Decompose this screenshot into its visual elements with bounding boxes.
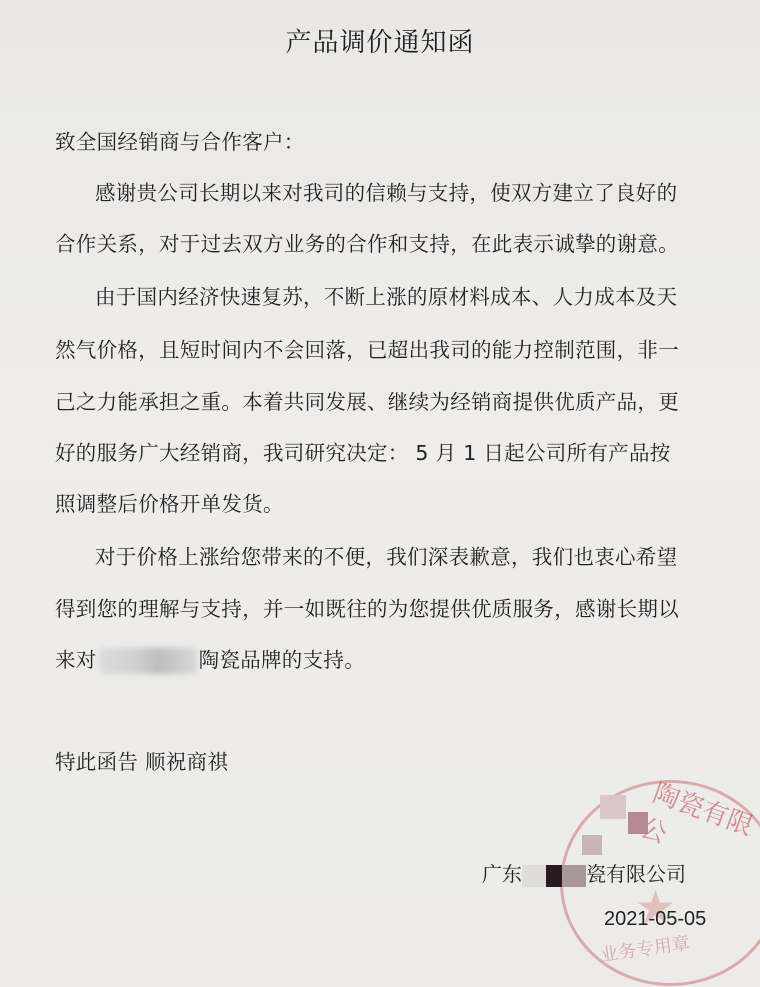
company-suffix: 瓷有限公司 xyxy=(586,862,686,886)
paragraph-line: 好的服务广大经销商，我司研究决定： 5 月 1 日起公司所有产品按 xyxy=(55,436,671,466)
redacted-pixel xyxy=(600,795,626,819)
redacted-pixel xyxy=(546,865,562,887)
redacted-pixel xyxy=(628,812,648,834)
document-date: 2021-05-05 xyxy=(604,908,706,931)
paragraph-line: 合作关系，对于过去双方业务的合作和支持，在此表示诚挚的谢意。 xyxy=(55,227,679,257)
paragraph-line: 得到您的理解与支持，并一如既往的为您提供优质服务，感谢长期以 xyxy=(55,592,679,622)
company-prefix: 广东 xyxy=(482,862,522,886)
paragraph-line: 来对陶瓷品牌的支持。 xyxy=(55,643,365,674)
paragraph-line: 对于价格上涨给您带来的不便，我们深表歉意，我们也衷心希望 xyxy=(95,540,677,570)
paragraph-line: 然气价格，且短时间内不会回落，已超出我司的能力控制范围，非一 xyxy=(55,333,679,363)
closing: 特此函告 顺祝商祺 xyxy=(55,745,228,775)
company-name: 广东瓷有限公司 xyxy=(482,858,686,887)
document-title: 产品调价通知函 xyxy=(0,22,760,59)
paragraph-line: 感谢贵公司长期以来对我司的信赖与支持，使双方建立了良好的 xyxy=(95,176,677,206)
redacted-brand xyxy=(99,648,197,674)
redacted-pixel xyxy=(562,865,586,887)
last-line-suffix: 陶瓷品牌的支持。 xyxy=(199,648,365,672)
redacted-pixel xyxy=(582,835,602,855)
last-line-prefix: 来对 xyxy=(55,648,97,672)
redacted-pixel xyxy=(522,865,546,887)
salutation: 致全国经销商与合作客户： xyxy=(55,125,305,155)
paragraph-line: 照调整后价格开单发货。 xyxy=(55,487,284,517)
paragraph-line: 己之力能承担之重。本着共同发展、继续为经销商提供优质产品，更 xyxy=(55,385,679,415)
paragraph-line: 由于国内经济快速复苏，不断上涨的原材料成本、人力成本及天 xyxy=(95,280,677,310)
